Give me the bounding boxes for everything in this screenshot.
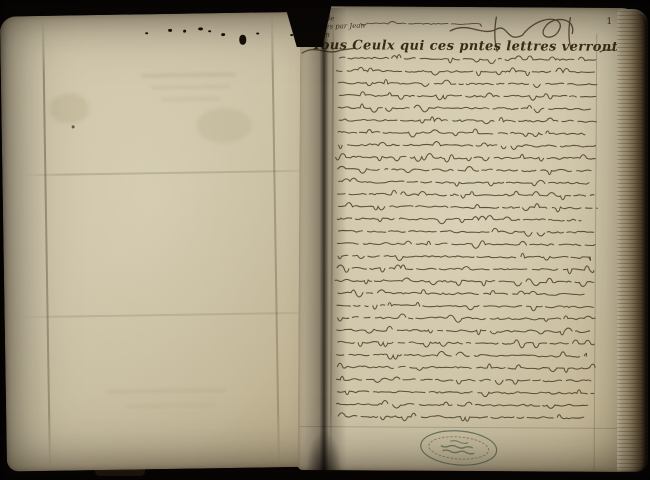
handwriting-line	[337, 264, 594, 273]
ink-blot	[239, 35, 246, 45]
stain	[196, 108, 252, 144]
ink-spatter	[290, 34, 293, 36]
handwriting-line	[337, 166, 591, 175]
handwriting-line	[335, 277, 594, 287]
handwriting-line	[339, 116, 597, 124]
handwriting-line	[337, 339, 594, 349]
ink-spatter	[256, 32, 259, 34]
crease-line	[271, 14, 280, 464]
handwriting-line	[337, 215, 581, 225]
ink-spatter	[221, 33, 225, 36]
handwriting-line	[335, 153, 595, 163]
ink-spatter	[183, 30, 186, 33]
handwriting-line	[338, 79, 601, 88]
archive-stamp	[415, 424, 502, 472]
handwriting-line	[338, 178, 589, 187]
handwriting-line	[337, 314, 600, 324]
handwriting-line	[337, 363, 600, 373]
handwriting-line	[336, 326, 589, 335]
bleedthrough-smudge	[126, 403, 216, 407]
handwriting-line	[336, 67, 600, 77]
ink-spatter	[145, 32, 148, 34]
handwriting-line	[338, 202, 597, 212]
crease-line	[42, 20, 51, 468]
handwriting-line	[338, 289, 589, 298]
handwriting-line	[336, 376, 591, 385]
handwriting-line	[339, 54, 596, 64]
manuscript-photo: vante de directes par Jean Coppin Tous C…	[0, 0, 650, 480]
handwriting-line	[337, 190, 594, 200]
gutter-shadow	[301, 8, 347, 471]
handwriting-line	[338, 413, 588, 422]
handwriting-line	[338, 252, 593, 261]
fore-edge-page-stack	[617, 9, 648, 472]
handwriting-line	[338, 104, 590, 114]
ink-spatter	[168, 29, 172, 32]
crease-line	[21, 312, 317, 319]
handwritten-body-text	[298, 6, 635, 472]
margin-note-scribble	[360, 21, 481, 26]
gutter-bottom-shadow	[306, 430, 342, 472]
handwriting-line	[338, 128, 585, 138]
right-page: vante de directes par Jean Coppin Tous C…	[298, 6, 635, 472]
crease-line	[22, 170, 312, 177]
left-page	[0, 12, 327, 472]
archive-stamp-oval	[415, 424, 502, 472]
ink-spatter	[72, 125, 75, 128]
bleedthrough-smudge	[151, 85, 231, 89]
handwriting-line	[337, 240, 595, 249]
handwriting-line	[338, 227, 598, 236]
stain	[49, 93, 89, 124]
ink-spatter	[198, 27, 203, 30]
handwriting-line	[339, 141, 596, 150]
bleedthrough-smudge	[161, 97, 221, 101]
handwriting-line	[336, 400, 588, 409]
bleedthrough-smudge	[106, 388, 226, 394]
handwriting-line	[336, 350, 586, 360]
ink-spatter	[208, 30, 211, 32]
handwriting-line	[337, 388, 594, 397]
handwriting-line	[339, 92, 596, 101]
bleedthrough-smudge	[141, 73, 236, 77]
handwriting-line	[337, 302, 594, 311]
